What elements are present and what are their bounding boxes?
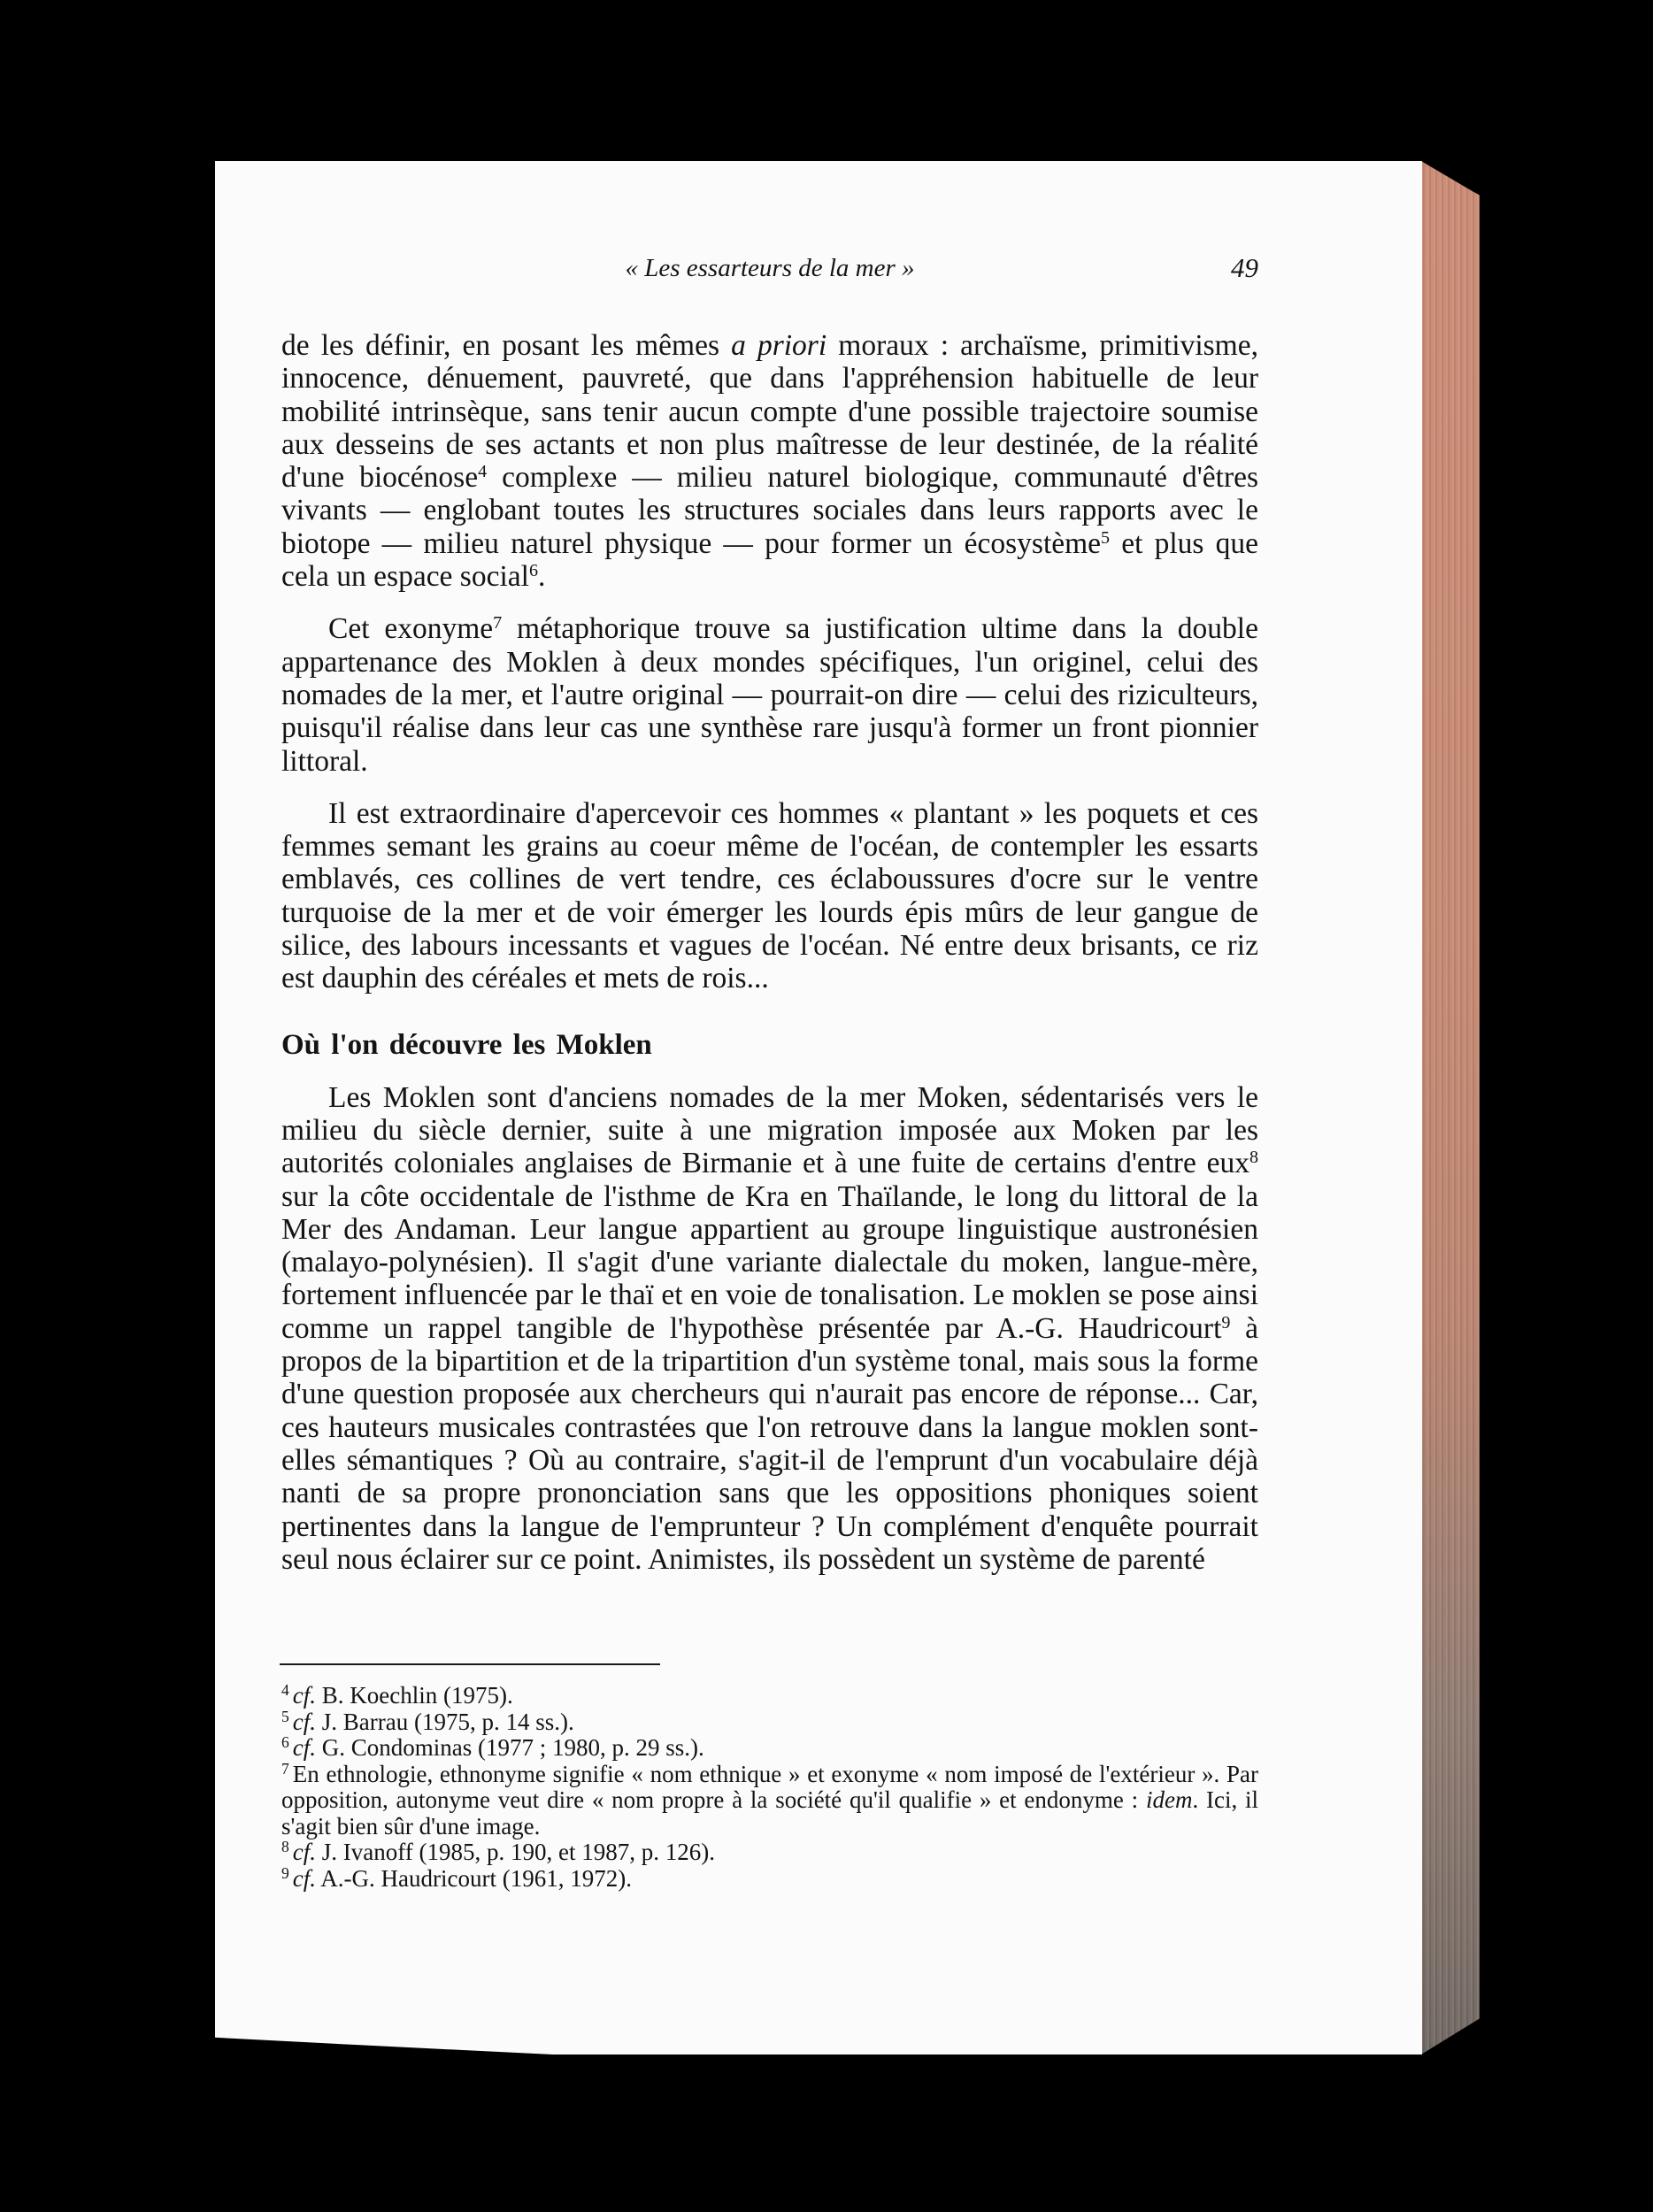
footnote-ref-6[interactable]: 6 <box>529 561 538 580</box>
footnote-6: 6cf. G. Condominas (1977 ; 1980, p. 29 s… <box>281 1735 1258 1762</box>
section-heading: Où l'on découvre les Moklen <box>281 1029 1258 1062</box>
book-page-edges <box>1421 161 1480 2055</box>
paragraph-1: de les définir, en posant les mêmes a pr… <box>281 329 1258 593</box>
footnote-rule <box>280 1663 660 1665</box>
footnote-7: 7En ethnologie, ethnonyme signifie « nom… <box>281 1762 1258 1840</box>
footnote-ref-4[interactable]: 4 <box>478 462 487 481</box>
footnotes: 4cf. B. Koechlin (1975). 5cf. J. Barrau … <box>281 1683 1258 1892</box>
book-page: « Les essarteurs de la mer » 49 de les d… <box>215 161 1422 2055</box>
footnote-5: 5cf. J. Barrau (1975, p. 14 ss.). <box>281 1709 1258 1736</box>
section-gap <box>281 995 1258 1029</box>
footnote-ref-8[interactable]: 8 <box>1249 1148 1258 1167</box>
footnote-ref-9[interactable]: 9 <box>1221 1313 1230 1333</box>
page-number: 49 <box>1231 252 1258 284</box>
running-title: « Les essarteurs de la mer » <box>281 254 1258 283</box>
heading-gap <box>281 1062 1258 1081</box>
paragraph-gap <box>281 593 1258 612</box>
paragraph-4: Les Moklen sont d'anciens nomades de la … <box>281 1081 1258 1576</box>
running-head: « Les essarteurs de la mer » 49 <box>281 252 1258 288</box>
footnote-ref-7[interactable]: 7 <box>493 613 502 633</box>
footnote-9: 9cf. A.-G. Haudricourt (1961, 1972). <box>281 1866 1258 1893</box>
footnote-ref-5[interactable]: 5 <box>1101 528 1110 548</box>
body-text: de les définir, en posant les mêmes a pr… <box>281 329 1258 1576</box>
paragraph-3: Il est extraordinaire d'apercevoir ces h… <box>281 797 1258 995</box>
footnote-8: 8cf. J. Ivanoff (1985, p. 190, et 1987, … <box>281 1839 1258 1866</box>
paragraph-gap <box>281 778 1258 797</box>
paragraph-2: Cet exonyme7 métaphorique trouve sa just… <box>281 612 1258 777</box>
footnote-4: 4cf. B. Koechlin (1975). <box>281 1683 1258 1709</box>
